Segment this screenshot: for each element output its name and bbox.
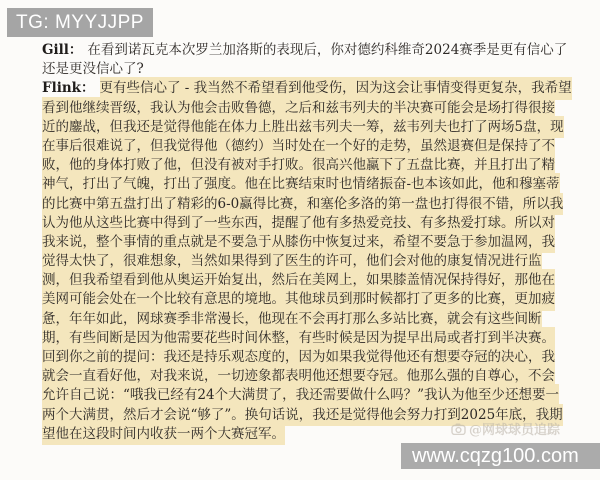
dialogue-line: 认为他从这些比赛中得到了一些东西，提醒了他有多热爱竞技、有多热爱打球。所以对 — [42, 214, 562, 233]
interview-text: Gill：在看到诺瓦克本次罗兰加洛斯的表现后，你对德约科维奇2024赛季是更有信… — [42, 41, 562, 444]
dialogue-line: 神气，打出了气魄，打出了强度。他在比赛结束时也情绪振奋-也本该如此，他和穆塞蒂 — [42, 175, 562, 194]
dialogue-line: 允许自己说：“哦我已经有24个大满贯了，我还需要做什么吗？”我认为他至少还想要一 — [42, 386, 562, 405]
dialogue-line: 美网可能会处在一个比较有意思的境地。其他球员到那时候都打了更多的比赛，更加疲 — [42, 290, 562, 309]
telegram-tag-label: TG: MYYJJPP — [16, 12, 144, 33]
dialogue-line: 惫，年年如此，网球赛季非常漫长，他现在不会再打那么多站比赛，就会有这些间断 — [42, 310, 562, 329]
dialogue-line: Gill：在看到诺瓦克本次罗兰加洛斯的表现后，你对德约科维奇2024赛季是更有信… — [42, 41, 562, 60]
question-text: 在看到诺瓦克本次罗兰加洛斯的表现后，你对德约科维奇2024赛季是更有信心了 — [87, 42, 567, 58]
answer-text: 望他在这段时间内收获一两个大赛冠军。 — [42, 423, 285, 446]
site-url-text: www.cqzg100.com — [412, 445, 579, 467]
telegram-tag-badge: TG: MYYJJPP — [7, 8, 153, 37]
site-watermark-box: www.cqzg100.com — [401, 443, 600, 469]
dialogue-line: 的比赛中第五盘打出了精彩的6-0赢得比赛，和塞伦多洛的第一盘也打得很不错，所以我 — [42, 195, 562, 214]
dialogue-line: Flink：更有些信心了 - 我当然不希望看到他受伤，因为这会让事情变得更复杂，… — [42, 79, 562, 98]
question-text: 还是更没信心了? — [42, 61, 144, 77]
dialogue-line: 看到他继续晋级，我认为他会击败鲁德，之后和兹韦列夫的半决赛可能会是场打得很接 — [42, 99, 562, 118]
screenshot-page: TG: MYYJJPP Gill：在看到诺瓦克本次罗兰加洛斯的表现后，你对德约科… — [0, 0, 600, 480]
speaker-label-gill: Gill： — [42, 42, 87, 58]
weibo-watermark-text: @网球球员追踪 — [469, 419, 560, 438]
weibo-watermark: @网球球员追踪 — [451, 419, 560, 438]
weibo-camera-icon — [451, 423, 466, 435]
speaker-label-flink: Flink： — [42, 80, 100, 96]
